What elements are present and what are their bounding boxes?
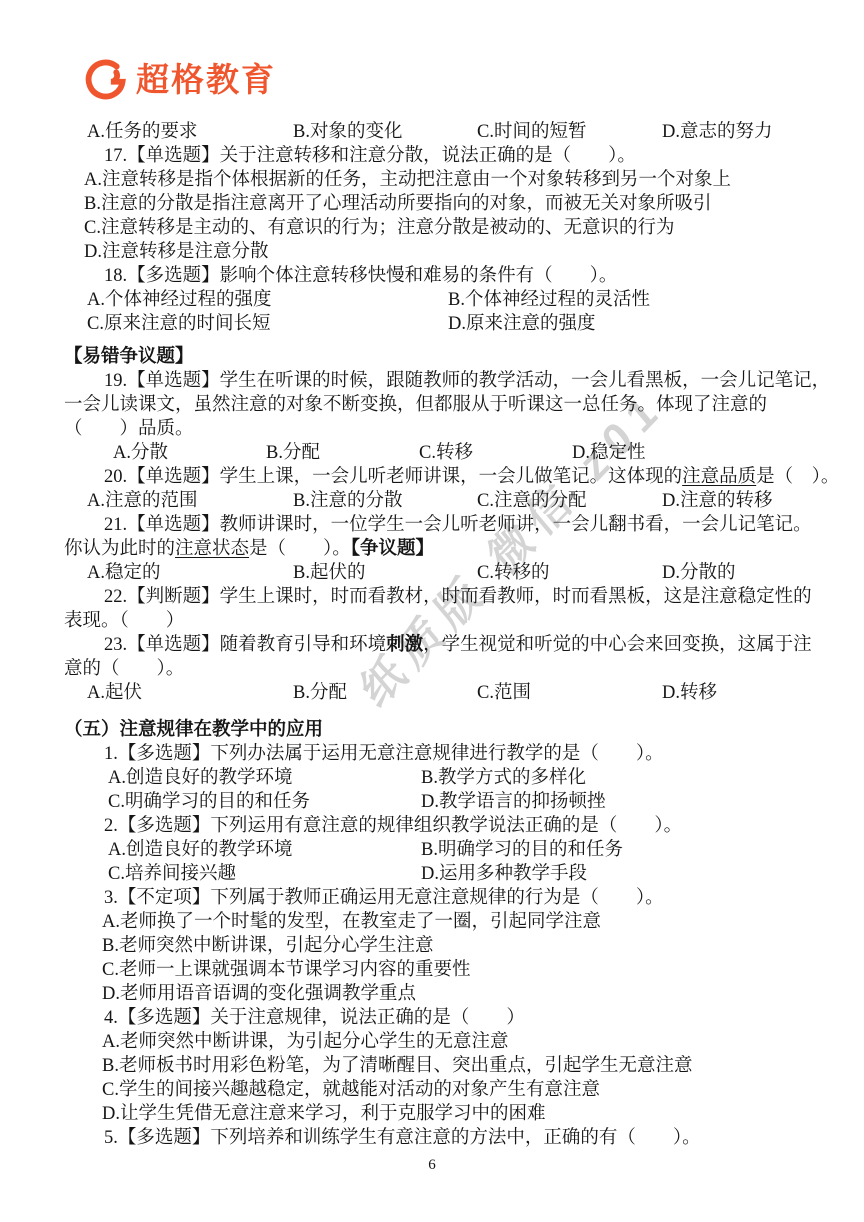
text-segment: B.老师突然中断讲课，引起分心学生注意	[102, 936, 433, 956]
option-line: A.注意转移是指个体根据新的任务，主动把注意由一个对象转移到另一个对象上	[64, 168, 804, 192]
text-line: 表现。（ ）	[64, 609, 804, 633]
question-line: 23.【单选题】随着教育引导和环境刺激，学生视觉和听觉的中心会来回变换，这属于注	[64, 633, 804, 657]
options-row: A.注意的范围B.注意的分散C.注意的分配D.注意的转移	[64, 489, 804, 513]
option-item: D.注意的转移	[662, 489, 773, 513]
text-segment: C.注意转移是主动的、有意识的行为；注意分散是被动的、无意识的行为	[84, 218, 674, 238]
text-segment: 是（ ）。	[756, 467, 839, 487]
text-segment: A.老师突然中断讲课，为引起分心学生的无意注意	[102, 1032, 509, 1052]
option-item: D.运用多种教学手段	[421, 862, 587, 886]
option-item: B.分配	[293, 681, 477, 705]
text-line: 你认为此时的注意状态是（ ）。【争议题】	[64, 537, 804, 561]
text-segment: 20.【单选题】学生上课，一会儿听老师讲课，一会儿做笔记。这体现的	[104, 467, 682, 487]
option-item: C.培养间接兴趣	[108, 862, 421, 886]
option-line: A.老师换了一个时髦的发型，在教室走了一圈，引起同学注意	[64, 910, 804, 934]
option-item: A.稳定的	[87, 561, 293, 585]
option-item: D.转移	[662, 681, 717, 705]
option-line: D.老师用语音语调的变化强调教学重点	[64, 982, 804, 1006]
options-row: C.培养间接兴趣D.运用多种教学手段	[64, 862, 804, 886]
option-line: D.注意转移是注意分散	[64, 240, 804, 264]
option-item: A.创造良好的教学环境	[108, 766, 421, 790]
question-line: 20.【单选题】学生上课，一会儿听老师讲课，一会儿做笔记。这体现的注意品质是（ …	[64, 465, 804, 489]
document-page: 超格教育 纸质版 微信 z01 A.任务的要求B.对象的变化C.时间的短暂D.意…	[0, 0, 864, 1222]
option-item: A.分散	[113, 441, 266, 465]
option-item: B.注意的分散	[293, 489, 477, 513]
section-heading: 【易错争议题】	[64, 345, 804, 369]
options-row: A.创造良好的教学环境B.明确学习的目的和任务	[64, 838, 804, 862]
option-line: A.老师突然中断讲课，为引起分心学生的无意注意	[64, 1030, 804, 1054]
option-item: D.意志的努力	[662, 120, 773, 144]
text-line: 意的（ ）。	[64, 657, 804, 681]
option-item: B.起伏的	[293, 561, 477, 585]
text-segment: 19.【单选题】学生在听课的时候，跟随教师的教学活动，一会儿看黑板，一会儿记笔记…	[104, 371, 830, 391]
option-item: C.时间的短暂	[477, 120, 662, 144]
text-segment: 是（ ）。	[249, 539, 351, 559]
options-row: A.个体神经过程的强度B.个体神经过程的灵活性	[64, 288, 804, 312]
option-line: B.注意的分散是指注意离开了心理活动所要指向的对象，而被无关对象所吸引	[64, 192, 804, 216]
option-item: D.分散的	[662, 561, 736, 585]
text-segment: ，学生视觉和听觉的中心会来回变换，这属于注	[423, 635, 812, 655]
option-item: B.对象的变化	[293, 120, 477, 144]
options-row: A.稳定的B.起伏的C.转移的D.分散的	[64, 561, 804, 585]
text-segment: 一会儿读课文，虽然注意的对象不断变换，但都服从于听课这一总任务。体现了注意的	[64, 395, 767, 415]
text-line: 一会儿读课文，虽然注意的对象不断变换，但都服从于听课这一总任务。体现了注意的	[64, 393, 804, 417]
bold-term: 刺激	[386, 635, 423, 655]
underlined-term: 注意品质	[682, 467, 756, 487]
text-segment: D.让学生凭借无意注意来学习，利于克服学习中的困难	[102, 1104, 546, 1124]
option-item: C.转移	[419, 441, 572, 465]
text-segment: C.老师一上课就强调本节课学习内容的重要性	[102, 960, 470, 980]
text-segment: （ ）品质。	[64, 419, 194, 439]
text-segment: 3.【不定项】下列属于教师正确运用无意注意规律的行为是（ ）。	[104, 888, 664, 908]
option-item: D.教学语言的抑扬顿挫	[421, 790, 606, 814]
text-segment: 【易错争议题】	[64, 347, 194, 367]
text-segment: 21.【单选题】教师讲课时，一位学生一会儿听老师讲，一会儿翻书看，一会儿记笔记。	[104, 515, 812, 535]
brand-g-icon	[84, 58, 127, 101]
text-segment: D.注意转移是注意分散	[84, 242, 269, 262]
question-line: 18.【多选题】影响个体注意转移快慢和难易的条件有（ ）。	[64, 264, 804, 288]
option-line: C.注意转移是主动的、有意识的行为；注意分散是被动的、无意识的行为	[64, 216, 804, 240]
option-item: A.个体神经过程的强度	[87, 288, 448, 312]
text-segment: 18.【多选题】影响个体注意转移快慢和难易的条件有（ ）。	[104, 266, 617, 286]
option-item: A.任务的要求	[87, 120, 293, 144]
question-line: 5.【多选题】下列培养和训练学生有意注意的方法中，正确的有（ ）。	[64, 1126, 804, 1150]
option-item: A.注意的范围	[87, 489, 293, 513]
options-row: A.起伏B.分配C.范围D.转移	[64, 681, 804, 705]
text-segment: 5.【多选题】下列培养和训练学生有意注意的方法中，正确的有（ ）。	[104, 1128, 701, 1148]
options-row: A.创造良好的教学环境B.教学方式的多样化	[64, 766, 804, 790]
option-line: C.学生的间接兴趣越稳定，就越能对活动的对象产生有意注意	[64, 1078, 804, 1102]
chaoge-logo: 超格教育	[84, 58, 276, 101]
text-line: （ ）品质。	[64, 417, 804, 441]
option-item: B.教学方式的多样化	[421, 766, 586, 790]
options-row: A.任务的要求B.对象的变化C.时间的短暂D.意志的努力	[64, 120, 804, 144]
text-segment: （五）注意规律在教学中的应用	[64, 720, 323, 740]
option-line: B.老师板书时用彩色粉笔，为了清晰醒目、突出重点，引起学生无意注意	[64, 1054, 804, 1078]
section-heading: （五）注意规律在教学中的应用	[64, 718, 804, 742]
brand-name: 超格教育	[136, 63, 276, 96]
text-segment: C.学生的间接兴趣越稳定，就越能对活动的对象产生有意注意	[102, 1080, 600, 1100]
text-segment: 1.【多选题】下列办法属于运用无意注意规律进行教学的是（ ）。	[104, 744, 664, 764]
question-line: 21.【单选题】教师讲课时，一位学生一会儿听老师讲，一会儿翻书看，一会儿记笔记。	[64, 513, 804, 537]
text-segment: 22.【判断题】学生上课时，时而看教材，时而看教师，时而看黑板，这是注意稳定性的	[104, 587, 812, 607]
option-line: B.老师突然中断讲课，引起分心学生注意	[64, 934, 804, 958]
option-item: B.个体神经过程的灵活性	[448, 288, 650, 312]
question-line: 3.【不定项】下列属于教师正确运用无意注意规律的行为是（ ）。	[64, 886, 804, 910]
option-line: D.让学生凭借无意注意来学习，利于克服学习中的困难	[64, 1102, 804, 1126]
question-line: 17.【单选题】关于注意转移和注意分散，说法正确的是（ ）。	[64, 144, 804, 168]
option-item: C.原来注意的时间长短	[87, 312, 448, 336]
option-item: C.明确学习的目的和任务	[108, 790, 421, 814]
text-segment: B.老师板书时用彩色粉笔，为了清晰醒目、突出重点，引起学生无意注意	[102, 1056, 692, 1076]
option-item: D.稳定性	[572, 441, 646, 465]
option-item: C.范围	[477, 681, 662, 705]
text-segment: 4.【多选题】关于注意规律，说法正确的是（ ）	[104, 1008, 525, 1028]
text-segment: A.老师换了一个时髦的发型，在教室走了一圈，引起同学注意	[102, 912, 601, 932]
options-row: C.明确学习的目的和任务D.教学语言的抑扬顿挫	[64, 790, 804, 814]
question-line: 2.【多选题】下列运用有意注意的规律组织教学说法正确的是（ ）。	[64, 814, 804, 838]
text-segment: 你认为此时的	[64, 539, 175, 559]
text-segment: 意的（ ）。	[64, 659, 184, 679]
underlined-term: 注意状态	[175, 539, 249, 559]
question-line: 22.【判断题】学生上课时，时而看教材，时而看教师，时而看黑板，这是注意稳定性的	[64, 585, 804, 609]
option-item: B.明确学习的目的和任务	[421, 838, 623, 862]
text-segment: 2.【多选题】下列运用有意注意的规律组织教学说法正确的是（ ）。	[104, 816, 682, 836]
option-line: C.老师一上课就强调本节课学习内容的重要性	[64, 958, 804, 982]
text-segment: 23.【单选题】随着教育引导和环境	[104, 635, 386, 655]
page-number: 6	[0, 1157, 864, 1174]
document-body: A.任务的要求B.对象的变化C.时间的短暂D.意志的努力17.【单选题】关于注意…	[64, 120, 804, 1150]
text-segment: 表现。（ ）	[64, 611, 184, 631]
option-item: C.转移的	[477, 561, 662, 585]
text-segment: A.注意转移是指个体根据新的任务，主动把注意由一个对象转移到另一个对象上	[84, 170, 731, 190]
bold-term: 【争议题】	[351, 539, 434, 559]
option-item: D.原来注意的强度	[448, 312, 596, 336]
question-line: 4.【多选题】关于注意规律，说法正确的是（ ）	[64, 1006, 804, 1030]
options-row: C.原来注意的时间长短D.原来注意的强度	[64, 312, 804, 336]
text-segment: 17.【单选题】关于注意转移和注意分散，说法正确的是（ ）。	[104, 146, 636, 166]
question-line: 1.【多选题】下列办法属于运用无意注意规律进行教学的是（ ）。	[64, 742, 804, 766]
option-item: C.注意的分配	[477, 489, 662, 513]
text-segment: B.注意的分散是指注意离开了心理活动所要指向的对象，而被无关对象所吸引	[84, 194, 711, 214]
text-segment: D.老师用语音语调的变化强调教学重点	[102, 984, 416, 1004]
options-row: A.分散B.分配C.转移D.稳定性	[64, 441, 804, 465]
option-item: A.创造良好的教学环境	[108, 838, 421, 862]
question-line: 19.【单选题】学生在听课的时候，跟随教师的教学活动，一会儿看黑板，一会儿记笔记…	[64, 369, 804, 393]
option-item: A.起伏	[87, 681, 293, 705]
option-item: B.分配	[266, 441, 419, 465]
